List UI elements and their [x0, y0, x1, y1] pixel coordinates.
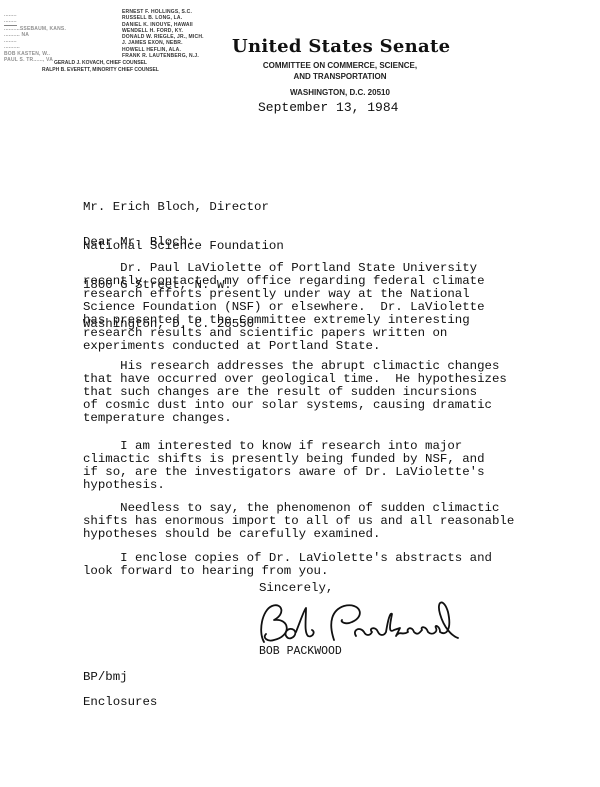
letterhead-title: United States Senate	[232, 36, 450, 57]
recipient-line: Mr. Erich Bloch, Director	[83, 201, 284, 214]
body-paragraph: I enclose copies of Dr. LaViolette's abs…	[83, 552, 492, 578]
letterhead-members-majority: ........ ........ ..........SSEBAUM, KAN…	[4, 12, 66, 63]
committee-line: COMMITTEE ON COMMERCE, SCIENCE,	[240, 60, 440, 71]
letterhead-counsel: GERALD J. KOVACH, CHIEF COUNSEL RALPH B.…	[42, 60, 159, 74]
enclosures-note: Enclosures	[83, 696, 157, 709]
committee-line: AND TRANSPORTATION	[240, 71, 440, 82]
typist-initials: BP/bmj	[83, 671, 128, 684]
minority-chief-counsel: RALPH B. EVERETT, MINORITY CHIEF COUNSEL	[42, 67, 159, 74]
body-paragraph: I am interested to know if research into…	[83, 440, 485, 492]
handwritten-signature	[252, 592, 462, 650]
body-paragraph: Dr. Paul LaViolette of Portland State Un…	[83, 262, 485, 353]
chief-counsel: GERALD J. KOVACH, CHIEF COUNSEL	[42, 60, 159, 67]
letterhead-members-minority: ERNEST F. HOLLINGS, S.C. RUSSELL B. LONG…	[122, 9, 204, 59]
body-paragraph: Needless to say, the phenomenon of sudde…	[83, 502, 514, 541]
signer-name: BOB PACKWOOD	[259, 645, 342, 658]
member-name: ........	[4, 18, 17, 25]
body-paragraph: His research addresses the abrupt climac…	[83, 360, 507, 425]
letter-date: September 13, 1984	[258, 100, 398, 115]
salutation: Dear Mr. Bloch:	[83, 236, 195, 249]
member-name: FRANK R. LAUTENBERG, N.J.	[122, 53, 204, 59]
member-name: ..........SSEBAUM, KANS.	[4, 26, 66, 32]
letterhead-city: WASHINGTON, D.C. 20510	[240, 88, 440, 97]
member-name: DANIEL K. INOUYE, HAWAII	[122, 22, 204, 28]
committee-name: COMMITTEE ON COMMERCE, SCIENCE, AND TRAN…	[240, 60, 440, 82]
